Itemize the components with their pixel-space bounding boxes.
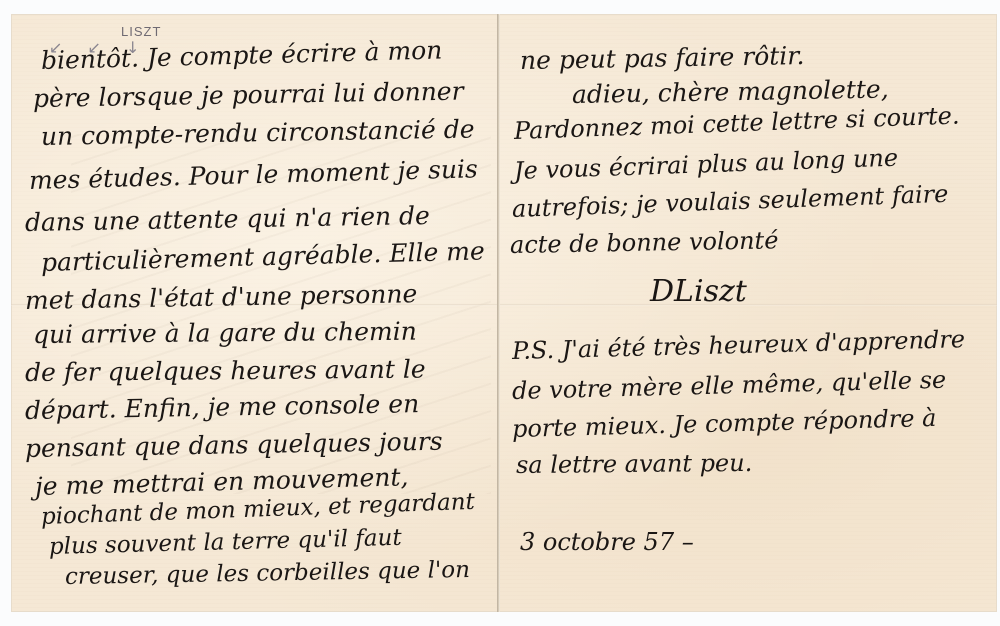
letter-line: dans une attente qui n'a rien de [25,201,430,238]
letter-line: ne peut pas faire rôtir. [520,41,805,76]
paper-sheet: ↙ ↙ ↓ LISZT bientôt. Je compte écrire à … [11,14,997,612]
archive-pencil-mark: LISZT [121,24,161,39]
letter-scan: ↙ ↙ ↓ LISZT bientôt. Je compte écrire à … [0,0,1000,626]
postscript-line: porte mieux. Je compte répondre à [512,403,937,444]
letter-line: Je vous écrirai plus au long une [513,143,898,186]
left-page: ↙ ↙ ↓ LISZT bientôt. Je compte écrire à … [11,14,497,612]
letter-line: mes études. Pour le moment je suis [29,154,479,196]
letter-line: autrefois; je voulais seulement faire [511,179,948,224]
signature: DLiszt [650,274,747,309]
postscript-line: de votre mère elle même, qu'elle se [512,365,947,406]
letter-date: 3 octobre 57 – [520,528,694,556]
letter-line: pensant que dans quelques jours [25,427,443,464]
postscript-line: sa lettre avant peu. [516,448,753,480]
right-page: ne peut pas faire rôtir. adieu, chère ma… [498,14,997,612]
letter-line: particulièrement agréable. Elle me [41,236,486,278]
letter-line: met dans l'état d'une personne [25,279,418,316]
letter-line: creuser, que les corbeilles que l'on [65,555,470,592]
letter-line: un compte-rendu circonstancié de [41,114,475,152]
postscript-line: P.S. J'ai été très heureux d'apprendre [512,324,966,366]
letter-line: acte de bonne volonté [510,225,779,260]
letter-line: qui arrive à la gare du chemin [33,317,417,350]
letter-line: départ. Enfin, je me console en [25,389,420,426]
letter-line: père lorsque je pourrai lui donner [33,76,464,114]
letter-line: de fer quelques heures avant le [25,355,426,388]
